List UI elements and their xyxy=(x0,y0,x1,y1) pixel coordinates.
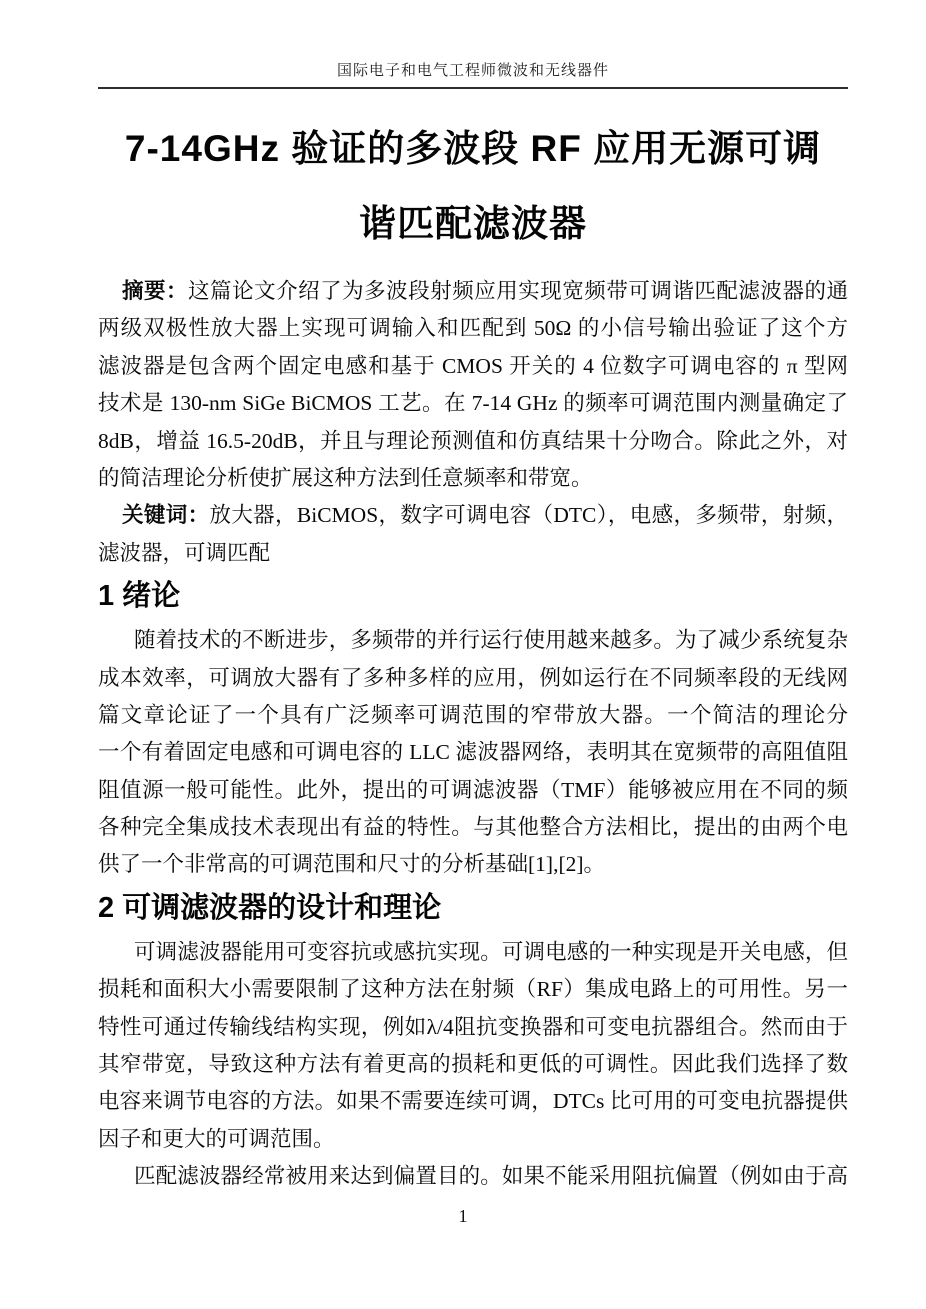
text-line: 篇文章论证了一个具有广泛频率可调范围的窄带放大器。一个简洁的理论分析，通过使用 xyxy=(98,697,848,734)
abstract-first-line-text: 这篇论文介绍了为多波段射频应用实现宽频带可调谐匹配滤波器的通用方法。用 xyxy=(98,279,848,310)
text-line: 成本效率，可调放大器有了多种多样的应用，例如运行在不同频率段的无线网络。因此这 xyxy=(98,660,848,697)
text-line: 损耗和面积大小需要限制了这种方法在射频（RF）集成电路上的可用性。另一种可调电感 xyxy=(98,971,848,1008)
text-line: 两级双极性放大器上实现可调输入和匹配到 50Ω 的小信号输出验证了这个方法。制造… xyxy=(98,310,848,347)
keywords-lines: 滤波器，可调匹配 xyxy=(98,535,848,572)
paragraph-lines: 可调滤波器能用可变容抗或感抗实现。可调电感的一种实现是开关电感，但高的欧姆损耗和… xyxy=(98,934,848,1158)
text-line: 滤波器，可调匹配 xyxy=(98,535,848,572)
text-line: 随着技术的不断进步，多频带的并行运行使用越来越多。为了减少系统复杂性和提高 xyxy=(98,622,848,659)
text-line: 8dB，增益 16.5-20dB，并且与理论预测值和仿真结果十分吻合。除此之外，… xyxy=(98,423,848,460)
document-page: 国际电子和电气工程师微波和无线器件 7-14GHz 验证的多波段 RF 应用无源… xyxy=(0,0,926,1309)
doc-title-line-2: 谐匹配滤波器 xyxy=(98,186,848,261)
keywords-paragraph: 关键词：放大器，BiCMOS，数字可调电容（DTC），电感，多频带，射频，SiG… xyxy=(98,497,848,572)
abstract-first-line: 摘要：这篇论文介绍了为多波段射频应用实现宽频带可调谐匹配滤波器的通用方法。用 xyxy=(98,273,848,310)
text-line: 一个有着固定电感和可调电容的 LLC 滤波器网络，表明其在宽频带的高阻值阻抗转化… xyxy=(98,734,848,771)
section-2-paragraph-1: 可调滤波器能用可变容抗或感抗实现。可调电感的一种实现是开关电感，但高的欧姆损耗和… xyxy=(98,934,848,1158)
doc-title-line-1: 7-14GHz 验证的多波段 RF 应用无源可调 xyxy=(98,111,848,186)
text-line: 可调滤波器能用可变容抗或感抗实现。可调电感的一种实现是开关电感，但高的欧姆 xyxy=(98,934,848,971)
keywords-first-line-text: 放大器，BiCMOS，数字可调电容（DTC），电感，多频带，射频，SiGe，可调 xyxy=(98,503,848,534)
paragraph-lines: 随着技术的不断进步，多频带的并行运行使用越来越多。为了减少系统复杂性和提高成本效… xyxy=(98,622,848,884)
abstract-label: 摘要： xyxy=(122,279,188,303)
text-line: 其窄带宽，导致这种方法有着更高的损耗和更低的可调性。因此我们选择了数字可调（DT… xyxy=(98,1046,848,1083)
text-line: 匹配滤波器经常被用来达到偏置目的。如果不能采用阻抗偏置（例如由于高静态电流）， xyxy=(98,1158,848,1195)
text-line: 因子和更大的可调范围。 xyxy=(98,1121,848,1158)
section-1-paragraph-1: 随着技术的不断进步，多频带的并行运行使用越来越多。为了减少系统复杂性和提高成本效… xyxy=(98,622,848,884)
keywords-first-line: 关键词：放大器，BiCMOS，数字可调电容（DTC），电感，多频带，射频，SiG… xyxy=(98,497,848,534)
abstract-paragraph: 摘要：这篇论文介绍了为多波段射频应用实现宽频带可调谐匹配滤波器的通用方法。用 两… xyxy=(98,273,848,497)
text-line: 技术是 130-nm SiGe BiCMOS 工艺。在 7-14 GHz 的频率… xyxy=(98,385,848,422)
text-line: 特性可通过传输线结构实现，例如λ/4阻抗变换器和可变电抗器组合。然而由于一般情况… xyxy=(98,1009,848,1046)
section-heading-1: 1 绪论 xyxy=(98,579,848,613)
abstract-lines: 两级双极性放大器上实现可调输入和匹配到 50Ω 的小信号输出验证了这个方法。制造… xyxy=(98,310,848,497)
keywords-label: 关键词： xyxy=(122,503,209,527)
text-line: 供了一个非常高的可调范围和尺寸的分析基础[1],[2]。 xyxy=(98,846,848,883)
running-head-text: 国际电子和电气工程师微波和无线器件 xyxy=(98,62,848,81)
text-line: 阻值源一般可能性。此外，提出的可调滤波器（TMF）能够被应用在不同的频带，并且为 xyxy=(98,772,848,809)
doc-title: 7-14GHz 验证的多波段 RF 应用无源可调 谐匹配滤波器 xyxy=(98,111,848,261)
text-line: 各种完全集成技术表现出有益的特性。与其他整合方法相比，提出的由两个电感的网络提 xyxy=(98,809,848,846)
page-header: 国际电子和电气工程师微波和无线器件 xyxy=(98,0,848,89)
section-2-paragraph-2: 匹配滤波器经常被用来达到偏置目的。如果不能采用阻抗偏置（例如由于高静态电流）， xyxy=(98,1158,848,1195)
text-line: 的简洁理论分析使扩展这种方法到任意频率和带宽。 xyxy=(98,460,848,497)
section-heading-2: 2 可调滤波器的设计和理论 xyxy=(98,891,848,925)
text-line: 滤波器是包含两个固定电感和基于 CMOS 开关的 4 位数字可调电容的 π 型网… xyxy=(98,348,848,385)
paragraph-lines: 匹配滤波器经常被用来达到偏置目的。如果不能采用阻抗偏置（例如由于高静态电流）， xyxy=(98,1158,848,1195)
text-line: 电容来调节电容的方法。如果不需要连续可调，DTCs 比可用的可变电抗器提供更高的… xyxy=(98,1083,848,1120)
page-number: 1 xyxy=(0,1206,926,1227)
